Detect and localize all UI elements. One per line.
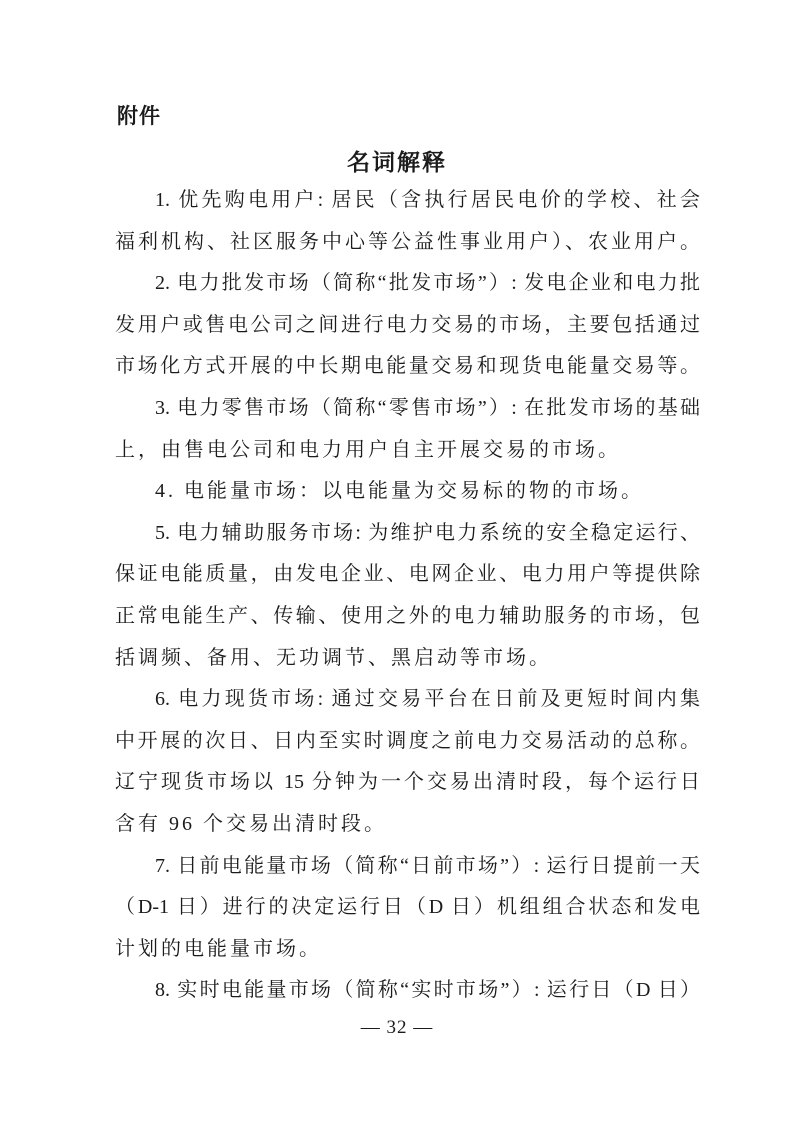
text-line: 3. 电力零售市场（简称“零售市场”）: 在批发市场的基础 [115,388,700,430]
text-line: 8. 实时电能量市场（简称“实时市场”）: 运行日（D 日） [115,970,700,1012]
paragraph-term-2: 2. 电力批发市场（简称“批发市场”）: 发电企业和电力批发用户或售电公司之间进… [115,263,700,388]
text-line: 6. 电力现货市场: 通过交易平台在日前及更短时间内集 [115,679,700,721]
text-line: 上，由售电公司和电力用户自主开展交易的市场。 [115,430,700,472]
document-body: 1. 优先购电用户: 居民（含执行居民电价的学校、社会福利机构、社区服务中心等公… [115,180,700,1012]
text-line: 市场化方式开展的中长期电能量交易和现货电能量交易等。 [115,346,700,388]
text-line: 2. 电力批发市场（简称“批发市场”）: 发电企业和电力批 [115,263,700,305]
document-page: 附件 名词解释 1. 优先购电用户: 居民（含执行居民电价的学校、社会福利机构、… [0,0,794,1123]
paragraph-term-7: 7. 日前电能量市场（简称“日前市场”）: 运行日提前一天（D-1 日）进行的决… [115,846,700,971]
text-line: 辽宁现货市场以 15 分钟为一个交易出清时段，每个运行日 [115,762,700,804]
page-number: — 32 — [0,1014,794,1042]
paragraph-term-5: 5. 电力辅助服务市场: 为维护电力系统的安全稳定运行、保证电能质量，由发电企业… [115,513,700,679]
attachment-label: 附件 [117,104,161,130]
text-line: 5. 电力辅助服务市场: 为维护电力系统的安全稳定运行、 [115,513,700,555]
paragraph-term-4: 4. 电能量市场：以电能量为交易标的物的市场。 [115,471,700,513]
paragraph-term-8: 8. 实时电能量市场（简称“实时市场”）: 运行日（D 日） [115,970,700,1012]
text-line: 含有 96 个交易出清时段。 [115,804,700,846]
text-line: 中开展的次日、日内至实时调度之前电力交易活动的总称。 [115,721,700,763]
paragraph-term-3: 3. 电力零售市场（简称“零售市场”）: 在批发市场的基础上，由售电公司和电力用… [115,388,700,471]
paragraph-term-1: 1. 优先购电用户: 居民（含执行居民电价的学校、社会福利机构、社区服务中心等公… [115,180,700,263]
text-line: 福利机构、社区服务中心等公益性事业用户）、农业用户。 [115,222,700,264]
text-line: 发用户或售电公司之间进行电力交易的市场，主要包括通过 [115,305,700,347]
text-line: 保证电能质量，由发电企业、电网企业、电力用户等提供除 [115,554,700,596]
text-line: （D-1 日）进行的决定运行日（D 日）机组组合状态和发电 [115,887,700,929]
text-line: 正常电能生产、传输、使用之外的电力辅助服务的市场，包 [115,596,700,638]
text-line: 1. 优先购电用户: 居民（含执行居民电价的学校、社会 [115,180,700,222]
paragraph-term-6: 6. 电力现货市场: 通过交易平台在日前及更短时间内集中开展的次日、日内至实时调… [115,679,700,845]
text-line: 计划的电能量市场。 [115,929,700,971]
text-line: 括调频、备用、无功调节、黑启动等市场。 [115,638,700,680]
page-title: 名词解释 [0,148,794,176]
text-line: 7. 日前电能量市场（简称“日前市场”）: 运行日提前一天 [115,846,700,888]
text-line: 4. 电能量市场：以电能量为交易标的物的市场。 [115,471,700,513]
